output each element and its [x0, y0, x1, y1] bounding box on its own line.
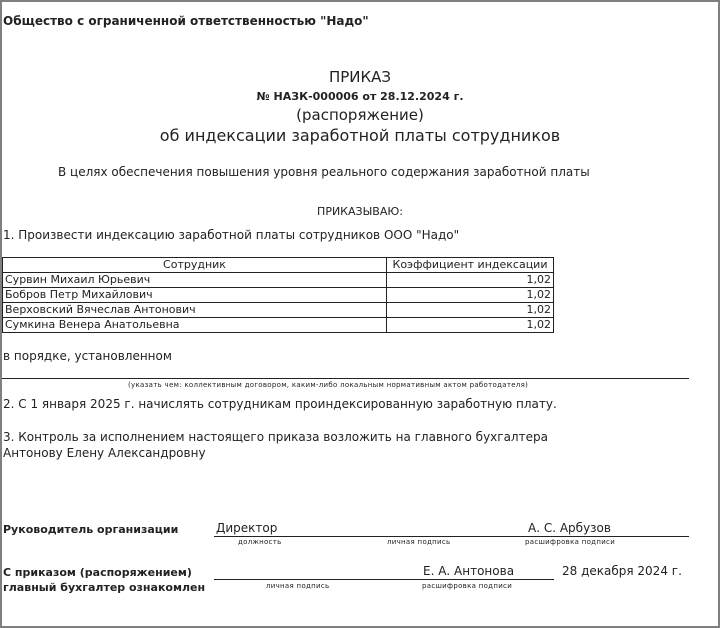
employee-coefficient: 1,02: [387, 273, 554, 288]
hint-signature: личная подпись: [387, 538, 450, 546]
hint-position: должность: [238, 538, 282, 546]
item-3-line-2: Антонову Елену Александровну: [3, 446, 206, 460]
item-2: 2. С 1 января 2025 г. начислять сотрудни…: [3, 397, 557, 411]
head-signature-line: [214, 536, 689, 537]
ack-label-line-2: главный бухгалтер ознакомлен: [3, 581, 205, 594]
document-number: № НАЗК-000006 от 28.12.2024 г.: [0, 90, 720, 103]
table-row: Сурвин Михаил Юрьевич 1,02: [3, 273, 554, 288]
purpose-text: В целях обеспечения повышения уровня реа…: [58, 165, 590, 179]
employee-table: Сотрудник Коэффициент индексации Сурвин …: [2, 257, 554, 333]
order-basis: в порядке, установленном: [3, 349, 172, 363]
employee-name: Сумкина Венера Анатольевна: [3, 318, 387, 333]
hint-decode-ack: расшифровка подписи: [422, 582, 512, 590]
document-subject: об индексации заработной платы сотрудник…: [0, 126, 720, 145]
hint-decode: расшифровка подписи: [525, 538, 615, 546]
ack-label-line-1: С приказом (распоряжением): [3, 566, 192, 579]
order-word: ПРИКАЗЫВАЮ:: [0, 205, 720, 218]
employee-name: Бобров Петр Михайлович: [3, 288, 387, 303]
item-1: 1. Произвести индексацию заработной плат…: [3, 228, 459, 242]
employee-coefficient: 1,02: [387, 288, 554, 303]
table-header-row: Сотрудник Коэффициент индексации: [3, 258, 554, 273]
order-basis-line: [2, 378, 689, 379]
employee-name: Сурвин Михаил Юрьевич: [3, 273, 387, 288]
employee-coefficient: 1,02: [387, 318, 554, 333]
table-row: Сумкина Венера Анатольевна 1,02: [3, 318, 554, 333]
table-row: Бобров Петр Михайлович 1,02: [3, 288, 554, 303]
ack-name: Е. А. Антонова: [423, 564, 514, 578]
hint-signature-ack: личная подпись: [266, 582, 329, 590]
order-basis-hint: (указать чем: коллективным договором, ка…: [128, 381, 528, 389]
document-subtitle: (распоряжение): [0, 106, 720, 124]
organization-name: Общество с ограниченной ответственностью…: [3, 14, 369, 28]
head-label: Руководитель организации: [3, 523, 178, 536]
employee-coefficient: 1,02: [387, 303, 554, 318]
table-row: Верховский Вячеслав Антонович 1,02: [3, 303, 554, 318]
head-position: Директор: [216, 521, 277, 535]
column-header-coefficient: Коэффициент индексации: [387, 258, 554, 273]
employee-name: Верховский Вячеслав Антонович: [3, 303, 387, 318]
ack-signature-line: [214, 579, 554, 580]
document-title: ПРИКАЗ: [0, 68, 720, 86]
column-header-employee: Сотрудник: [3, 258, 387, 273]
ack-date: 28 декабря 2024 г.: [562, 564, 682, 578]
item-3-line-1: 3. Контроль за исполнением настоящего пр…: [3, 430, 548, 444]
head-name: А. С. Арбузов: [528, 521, 611, 535]
